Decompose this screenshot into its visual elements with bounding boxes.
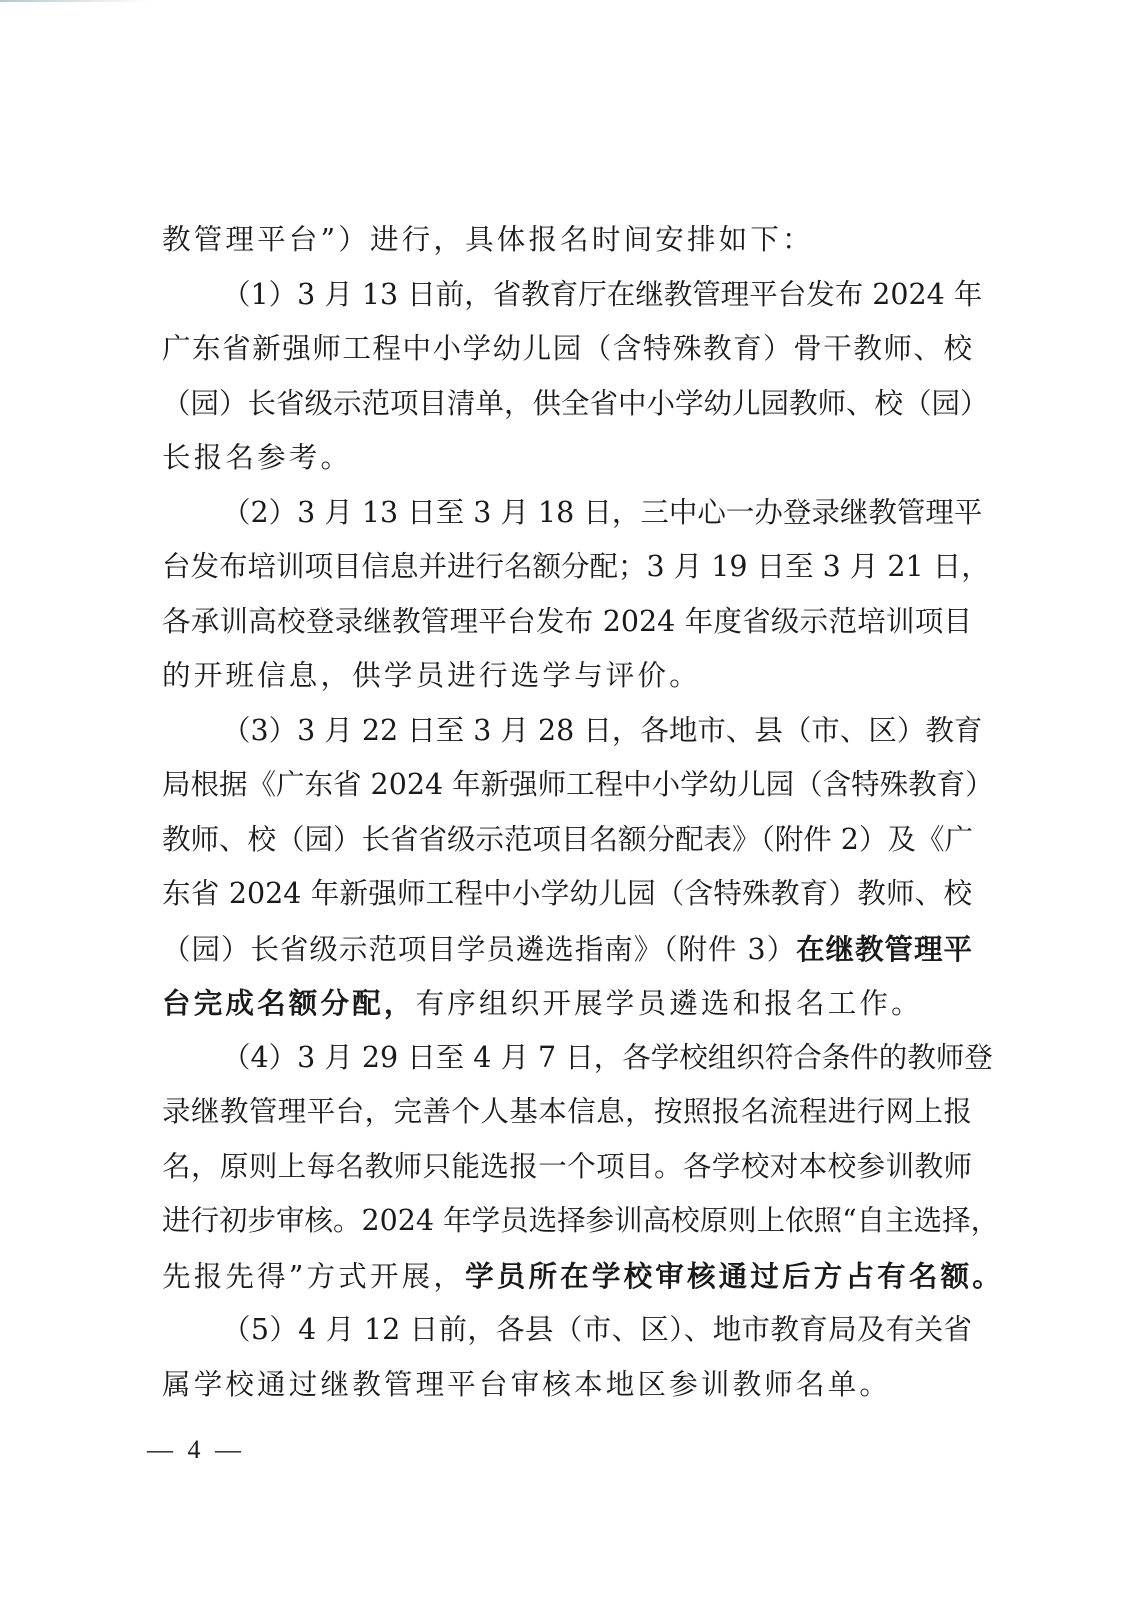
text-line: 长报名参考。 [162, 431, 972, 486]
text-segment: 录继教管理平台，完善个人基本信息，按照报名流程进行网上报 [162, 1095, 972, 1128]
bold-text-segment: 台完成名额分配， [162, 986, 416, 1020]
text-segment: 广东省新强师工程中小学幼儿园（含特殊教育）骨干教师、校 [162, 332, 972, 365]
page-number: — 4 — [147, 1435, 245, 1465]
text-segment: （1）3 月 13 日前，省教育厅在继教管理平台发布 2024 年 [222, 278, 982, 311]
text-line: 各承训高校登录继教管理平台发布 2024 年度省级示范培训项目 [162, 595, 972, 650]
text-line: 局根据《广东省 2024 年新强师工程中小学幼儿园（含特殊教育） [162, 758, 972, 813]
text-segment: （2）3 月 13 日至 3 月 18 日，三中心一办登录继教管理平 [222, 496, 982, 529]
text-segment: （5）4 月 12 日前，各县（市、区）、地市教育局及有关省 [222, 1313, 972, 1346]
bold-text-segment: 学员所在学校审核通过后方占有名额。 [465, 1259, 1004, 1293]
text-line: 属学校通过继教管理平台审核本地区参训教师名单。 [162, 1358, 972, 1413]
text-line: （3）3 月 22 日至 3 月 28 日，各地市、县（市、区）教育 [162, 704, 972, 759]
text-line: 名，原则上每名教师只能选报一个项目。各学校对本校参训教师 [162, 1140, 972, 1195]
text-line: 台完成名额分配，有序组织开展学员遴选和报名工作。 [162, 976, 972, 1031]
text-line: 先报先得”方式开展，学员所在学校审核通过后方占有名额。 [162, 1249, 972, 1304]
text-segment: （3）3 月 22 日至 3 月 28 日，各地市、县（市、区）教育 [222, 714, 982, 747]
text-segment: （4）3 月 29 日至 4 月 7 日，各学校组织符合条件的教师登 [222, 1041, 993, 1074]
text-segment: 名，原则上每名教师只能选报一个项目。各学校对本校参训教师 [162, 1150, 972, 1183]
text-segment: 长报名参考。 [162, 441, 352, 474]
text-line: （1）3 月 13 日前，省教育厅在继教管理平台发布 2024 年 [162, 268, 972, 323]
text-line: 广东省新强师工程中小学幼儿园（含特殊教育）骨干教师、校 [162, 322, 972, 377]
text-line: （2）3 月 13 日至 3 月 18 日，三中心一办登录继教管理平 [162, 486, 972, 541]
text-segment: 教师、校（园）长省省级示范项目名额分配表》（附件 2）及《广 [162, 823, 973, 856]
text-line: 录继教管理平台，完善个人基本信息，按照报名流程进行网上报 [162, 1085, 972, 1140]
text-line: 教管理平台”）进行，具体报名时间安排如下： [162, 213, 972, 268]
text-line: 的开班信息，供学员进行选学与评价。 [162, 649, 972, 704]
text-segment: 台发布培训项目信息并进行名额分配；3 月 19 日至 3 月 21 日， [162, 550, 990, 583]
text-segment: 局根据《广东省 2024 年新强师工程中小学幼儿园（含特殊教育） [162, 768, 994, 801]
text-segment: 进行初步审核。2024 年学员选择参训高校原则上依照“自主选择， [162, 1204, 999, 1237]
document-body: 教管理平台”）进行，具体报名时间安排如下： （1）3 月 13 日前，省教育厅在… [162, 213, 972, 1412]
text-segment: 教管理平台”）进行，具体报名时间安排如下： [162, 223, 814, 256]
text-segment: （园）长省级示范项目清单，供全省中小学幼儿园教师、校（园） [162, 387, 989, 420]
text-line: 台发布培训项目信息并进行名额分配；3 月 19 日至 3 月 21 日， [162, 540, 972, 595]
text-segment: 的开班信息，供学员进行选学与评价。 [162, 659, 701, 692]
text-segment: （园）长省级示范项目学员遴选指南》（附件 3） [162, 933, 796, 966]
text-segment: 先报先得”方式开展， [162, 1260, 465, 1293]
bold-text-segment: 在继教管理平 [796, 932, 972, 966]
text-line: （5）4 月 12 日前，各县（市、区）、地市教育局及有关省 [162, 1303, 972, 1358]
text-segment: 属学校通过继教管理平台审核本地区参训教师名单。 [162, 1368, 891, 1401]
text-line: （园）长省级示范项目学员遴选指南》（附件 3）在继教管理平 [162, 922, 972, 977]
text-line: 东省 2024 年新强师工程中小学幼儿园（含特殊教育）教师、校 [162, 867, 972, 922]
text-line: （4）3 月 29 日至 4 月 7 日，各学校组织符合条件的教师登 [162, 1031, 972, 1086]
text-line: 进行初步审核。2024 年学员选择参训高校原则上依照“自主选择， [162, 1194, 972, 1249]
scan-edge [0, 0, 150, 2]
text-segment: 有序组织开展学员遴选和报名工作。 [416, 987, 923, 1020]
text-line: 教师、校（园）长省省级示范项目名额分配表》（附件 2）及《广 [162, 813, 972, 868]
text-segment: 各承训高校登录继教管理平台发布 2024 年度省级示范培训项目 [162, 605, 972, 638]
text-segment: 东省 2024 年新强师工程中小学幼儿园（含特殊教育）教师、校 [162, 877, 972, 910]
text-line: （园）长省级示范项目清单，供全省中小学幼儿园教师、校（园） [162, 377, 972, 432]
